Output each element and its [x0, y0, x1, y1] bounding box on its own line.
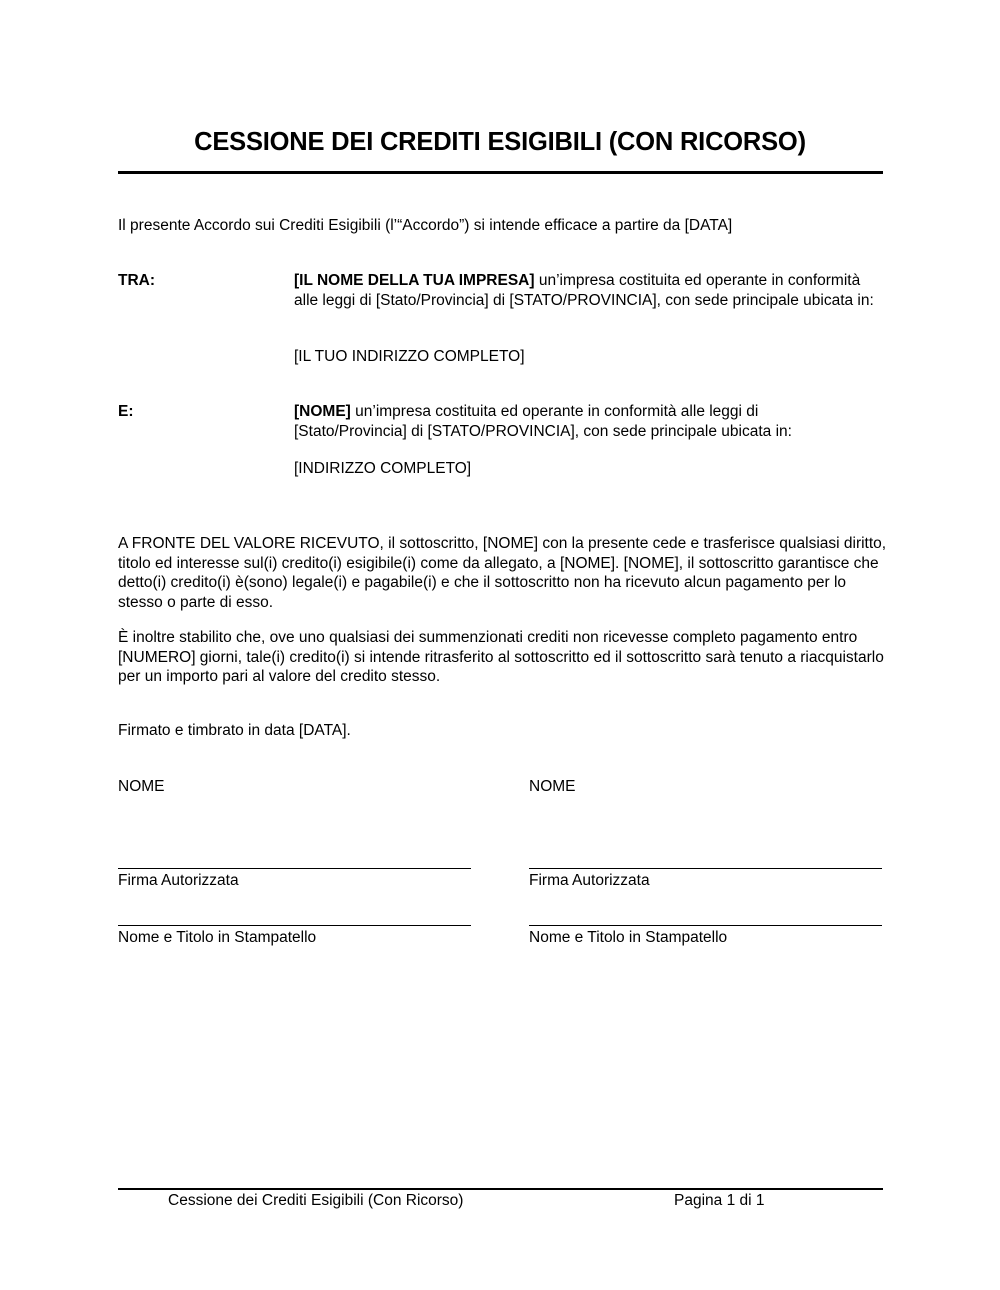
footer-title: Cessione dei Crediti Esigibili (Con Rico…: [168, 1191, 463, 1211]
print-name-caption-left: Nome e Titolo in Stampatello: [118, 928, 316, 948]
party-description-e: [NOME] un’impresa costituita ed operante…: [294, 402, 874, 441]
title-divider: [118, 171, 883, 174]
signature-line-left: [118, 868, 471, 869]
document-title: CESSIONE DEI CREDITI ESIGIBILI (CON RICO…: [118, 128, 882, 157]
assignment-paragraph: A FRONTE DEL VALORE RICEVUTO, il sottosc…: [118, 534, 888, 612]
print-name-line-left: [118, 925, 471, 926]
print-name-line-right: [529, 925, 882, 926]
party-label-e: E:: [118, 402, 134, 422]
party-description-tra: [IL NOME DELLA TUA IMPRESA] un’impresa c…: [294, 271, 874, 310]
signature-caption-left: Firma Autorizzata: [118, 871, 239, 891]
print-name-caption-right: Nome e Titolo in Stampatello: [529, 928, 727, 948]
signatory-name-left: NOME: [118, 777, 165, 797]
signature-caption-right: Firma Autorizzata: [529, 871, 650, 891]
signed-date-text: Firmato e timbrato in data [DATA].: [118, 721, 351, 741]
party-name-e: [NOME]: [294, 403, 351, 420]
party-label-tra: TRA:: [118, 271, 155, 291]
party-name-tra: [IL NOME DELLA TUA IMPRESA]: [294, 272, 535, 289]
party-address-e: [INDIRIZZO COMPLETO]: [294, 459, 471, 479]
footer-divider: [118, 1188, 883, 1190]
signature-line-right: [529, 868, 882, 869]
party-address-tra: [IL TUO INDIRIZZO COMPLETO]: [294, 347, 525, 367]
intro-text: Il presente Accordo sui Crediti Esigibil…: [118, 216, 732, 236]
signatory-name-right: NOME: [529, 777, 576, 797]
footer-page-number: Pagina 1 di 1: [674, 1191, 765, 1211]
party-text-e: un’impresa costituita ed operante in con…: [294, 403, 792, 440]
recourse-paragraph: È inoltre stabilito che, ove uno qualsia…: [118, 628, 888, 687]
